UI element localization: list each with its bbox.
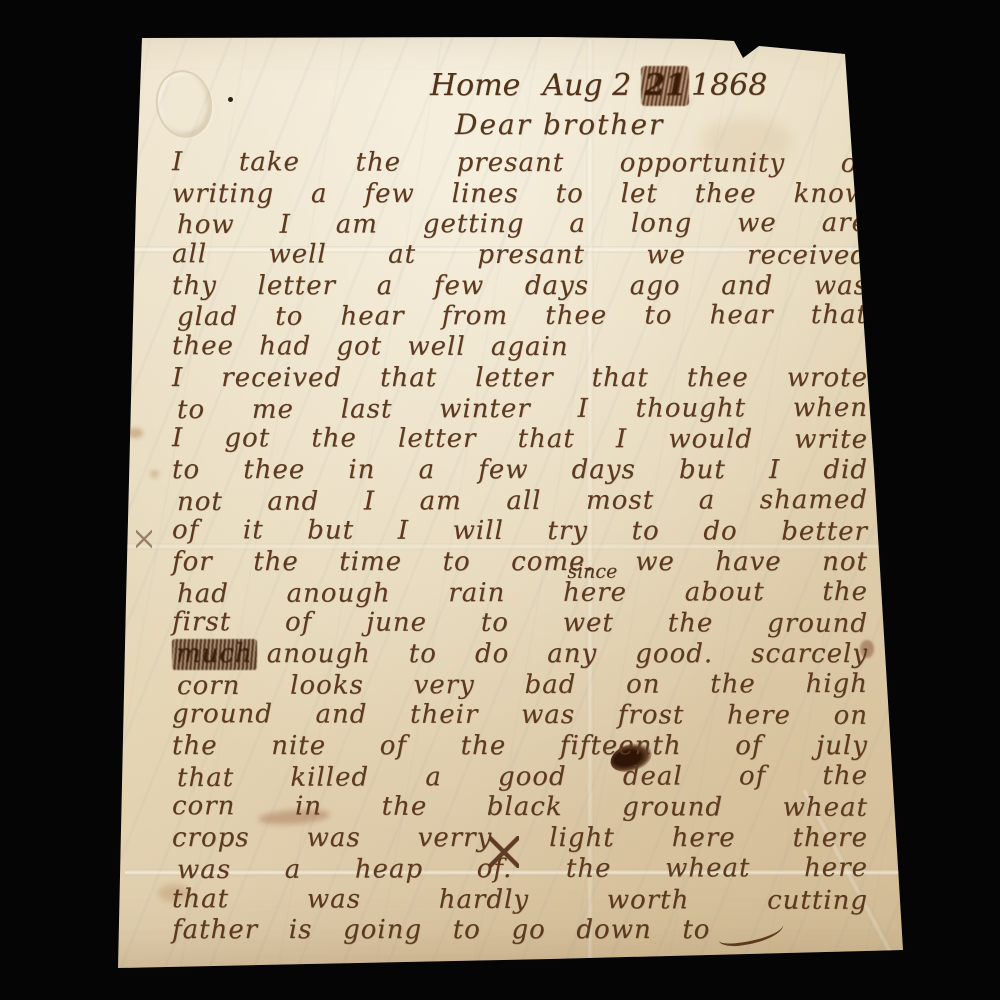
letter-line: corn looks very bad on the high [177,669,868,702]
letter-line: was a heap of. the wheat here [177,853,868,886]
letter-line: crops was verry light here there [172,823,868,854]
letter-line: not and I am all most a shamed [177,484,868,517]
letter-paper: HomeAug 2211868 Dear brother I take the … [0,0,1000,1000]
letter-line: to me last winter I thought when [177,392,868,425]
heading-date: Aug 2 [542,68,631,103]
letter-line: of it but I will try to do better [172,515,868,547]
letter-line: thee had got well again [172,331,868,363]
letter-line: I received that letter that thee wrote [172,363,868,394]
salutation: Dear brother [455,106,868,144]
letter-line: that was hardly worth cutting [172,884,868,916]
letter-line: I got the letter that I would write [172,423,868,455]
handwritten-text: HomeAug 2211868 Dear brother I take the … [172,66,868,946]
scratched-out-word: much [172,639,257,670]
inserted-word-since: since [567,562,617,581]
margin-mark [136,530,152,548]
letter-line: first of june to wet the ground [172,607,868,639]
heading-year: 1868 [691,68,767,103]
letter-line: writing a few lines to let thee know [172,179,868,210]
overwritten-date-scribble: 21 [641,66,689,106]
letter-line: I take the presant opportunity of [172,147,868,179]
letter-line: had anough rain here about thesince [177,577,868,610]
foxing-spot [150,470,159,478]
letter-line: for the time to come. we have not [172,547,868,578]
letter-body: I take the presant opportunity of writin… [172,148,868,946]
letter-line: that killed a good deal of the [177,761,868,794]
heading-place: Home [430,68,520,103]
letter-line: how I am getting a long we are [177,208,868,241]
letter-line: glad to hear from thee to hear that [177,300,868,333]
foxing-spot [128,428,143,438]
letter-line: father is going to go down to [172,915,784,946]
pen-flourish [717,916,786,949]
letter-line: all well at presant we received [172,239,868,271]
photo-background: HomeAug 2211868 Dear brother I take the … [0,0,1000,1000]
letter-line: to thee in a few days but I did [172,455,868,486]
letter-line: corn in the black ground wheat [172,792,868,824]
letter-line: the nite of the fifteenth of july [172,731,868,762]
letter-line: muchanough to do any good. scarcely [172,639,868,670]
letter-line: ground and their was frost here on [172,700,868,732]
letter-line: thy letter a few days ago and was [172,271,868,302]
letter-heading: HomeAug 2211868 [430,66,868,106]
